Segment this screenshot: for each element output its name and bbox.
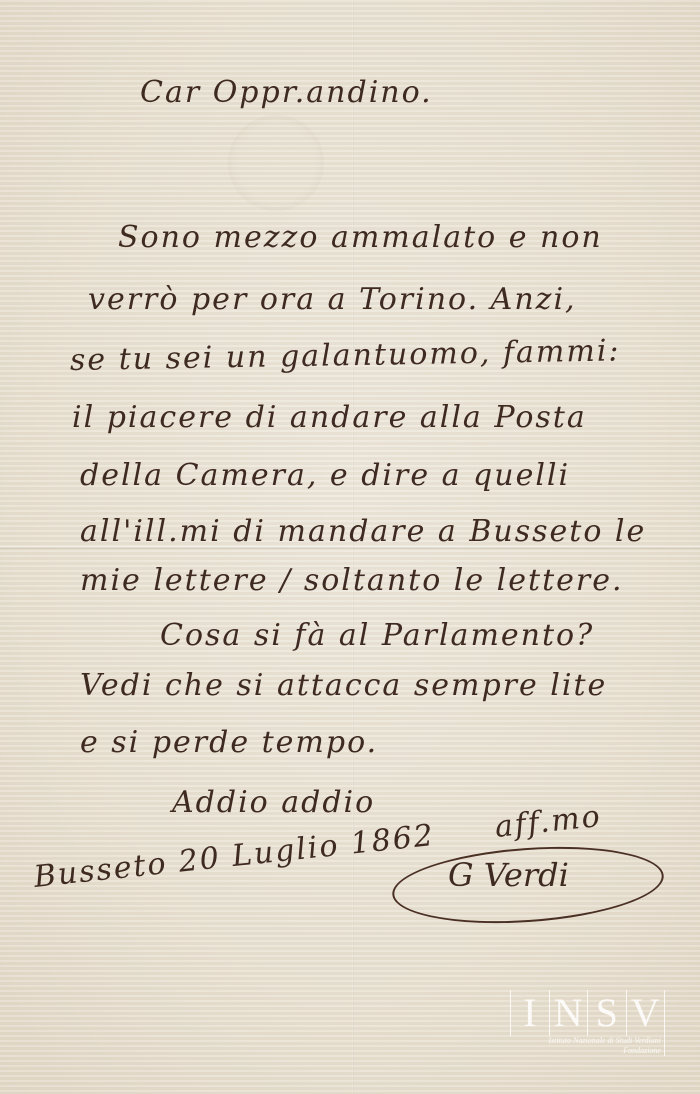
letter-page: Car Oppr.andino. Sono mezzo ammalato e n… bbox=[0, 0, 700, 1094]
watermark-letter: N bbox=[550, 990, 589, 1036]
body-line: all'ill.mi di mandare a Busseto le bbox=[80, 514, 646, 549]
signature-name: G Verdi bbox=[448, 856, 569, 894]
body-line: Cosa si fà al Parlamento? bbox=[160, 618, 594, 653]
body-line: verrò per ora a Torino. Anzi, bbox=[88, 282, 577, 317]
body-line: Vedi che si attacca sempre lite bbox=[80, 668, 607, 703]
closing: Addio addio bbox=[172, 785, 375, 820]
watermark-foundation: Fondazione bbox=[510, 1046, 665, 1056]
watermark-letter: I bbox=[511, 990, 550, 1036]
watermark-letter: V bbox=[627, 990, 665, 1036]
body-line: della Camera, e dire a quelli bbox=[80, 458, 570, 493]
dateline: Busseto 20 Luglio 1862 bbox=[32, 818, 436, 895]
salutation: Car Oppr.andino. bbox=[140, 75, 433, 110]
body-line: il piacere di andare alla Posta bbox=[72, 400, 587, 435]
body-line: Sono mezzo ammalato e non bbox=[118, 220, 603, 255]
body-line: mie lettere / soltanto le lettere. bbox=[80, 563, 624, 598]
complimentary-close: aff.mo bbox=[493, 799, 603, 845]
watermark-logo: I N S V bbox=[510, 990, 665, 1036]
watermark-letter: S bbox=[588, 990, 627, 1036]
body-line: e si perde tempo. bbox=[80, 725, 378, 760]
watermark-institution: Istituto Nazionale di Studi Verdiani bbox=[510, 1036, 665, 1046]
insv-watermark: I N S V Istituto Nazionale di Studi Verd… bbox=[510, 990, 665, 1056]
signature: G Verdi bbox=[392, 848, 662, 926]
body-line: se tu sei un galantuomo, fammi: bbox=[70, 333, 621, 378]
paper-emboss bbox=[228, 115, 324, 211]
